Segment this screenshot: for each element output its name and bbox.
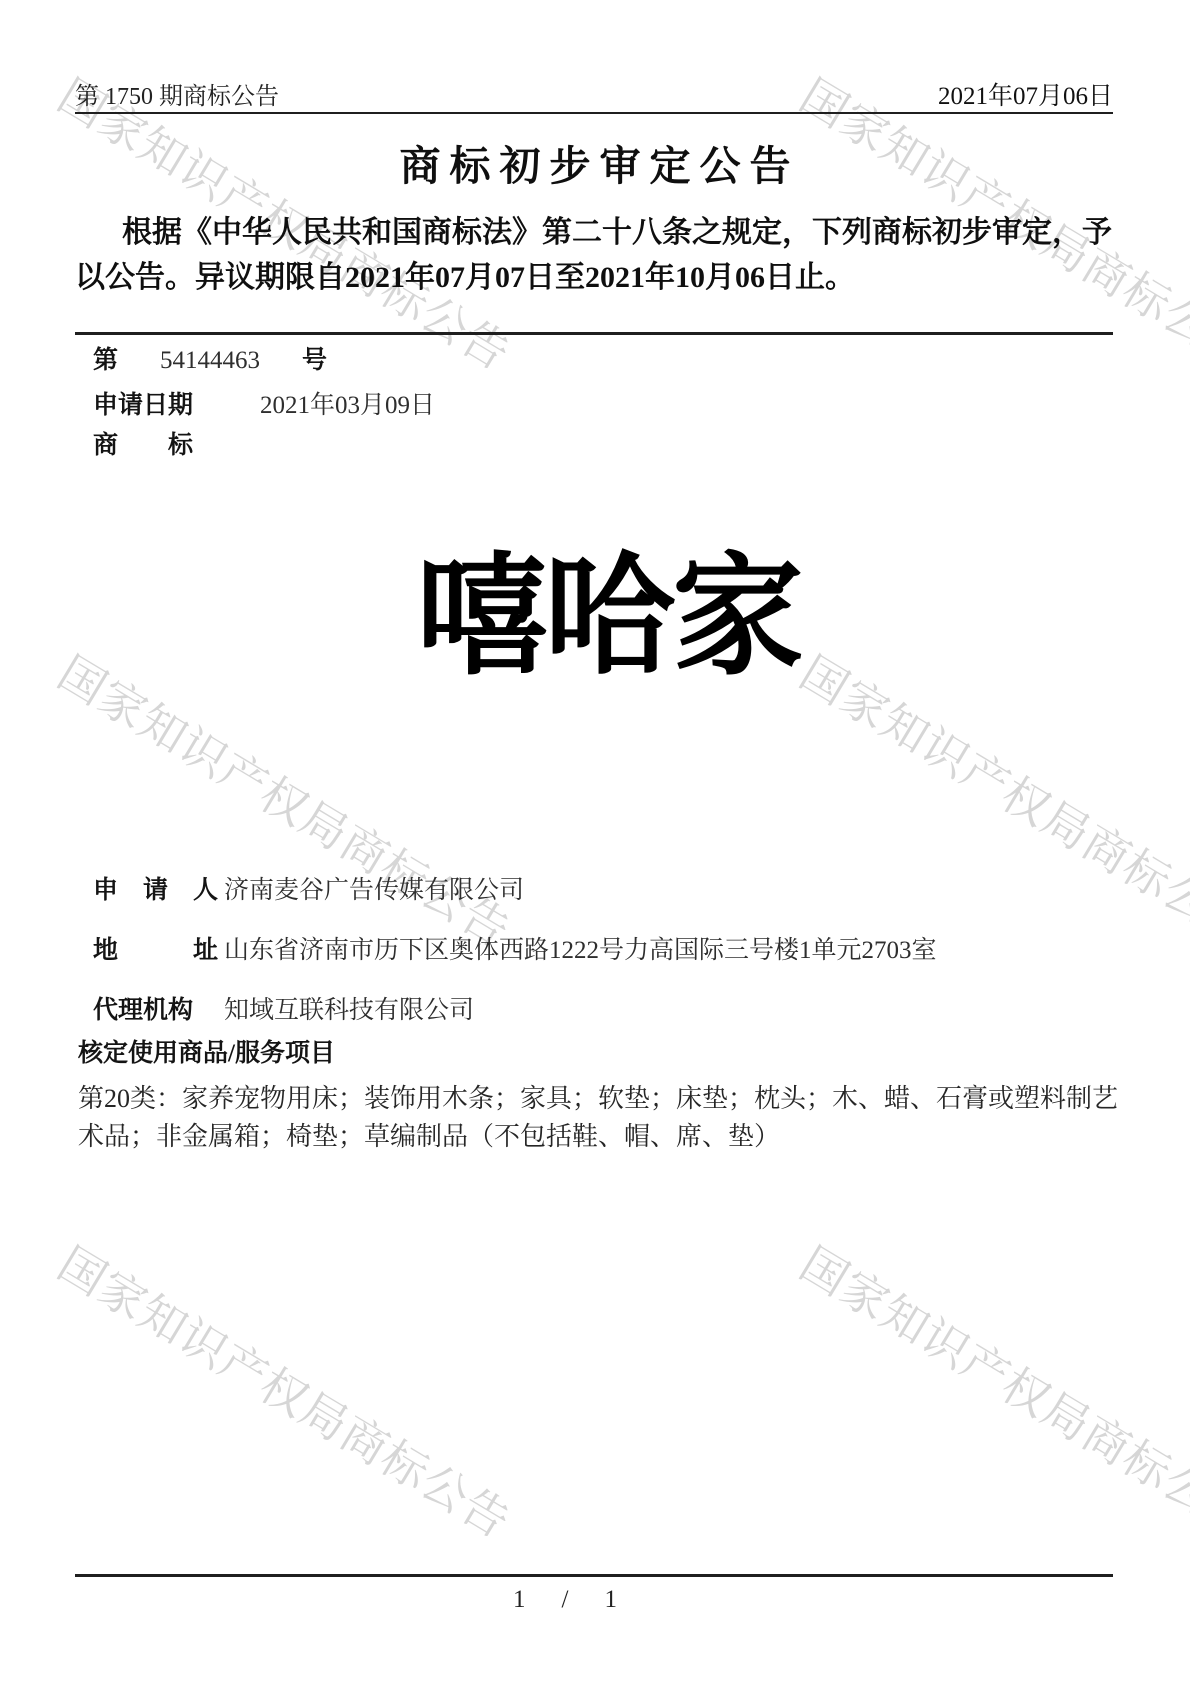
applicant-name: 济南麦谷广告传媒有限公司 [224, 877, 524, 904]
gazette-date: 2021年07月06日 [938, 76, 1113, 112]
intro-paragraph: 根据《中华人民共和国商标法》第二十八条之规定，下列商标初步审定，予以公告。异议期… [75, 210, 1115, 300]
page-number: 1 / 1 [0, 1586, 1160, 1614]
section-divider [75, 332, 1113, 335]
number-prefix-label: 第 [93, 347, 118, 374]
applicant-label: 申 请 人 [93, 876, 220, 906]
page-separator: / [562, 1586, 569, 1614]
address-label: 地 址 [93, 936, 220, 966]
address-row: 地 址 山东省济南市历下区奥体西路1222号力高国际三号楼1单元2703室 [93, 936, 937, 969]
current-page: 1 [513, 1586, 526, 1614]
application-number: 54144463 [160, 347, 260, 374]
page-title: 商标初步审定公告 [0, 133, 1190, 192]
watermark-text: 国家知识产权局商标公告 [789, 638, 1190, 961]
application-date-label: 申请日期 [93, 392, 193, 419]
agency-row: 代理机构 知域互联科技有限公司 [93, 996, 474, 1029]
trademark-text: 嘻哈家 [0, 550, 1190, 685]
number-suffix-label: 号 [302, 347, 327, 374]
trademark-label-row: 商 标 [93, 432, 193, 463]
watermark-text: 国家知识产权局商标公告 [47, 1229, 524, 1552]
agency-name: 知域互联科技有限公司 [224, 997, 474, 1024]
header-divider [75, 112, 1113, 114]
applicant-address: 山东省济南市历下区奥体西路1222号力高国际三号楼1单元2703室 [224, 937, 937, 964]
goods-list: 第20类：家养宠物用床；装饰用木条；家具；软垫；床垫；枕头；木、蜡、石膏或塑料制… [78, 1080, 1134, 1156]
goods-section-header: 核定使用商品/服务项目 [78, 1033, 335, 1069]
gazette-issue-label: 第 1750 期商标公告 [75, 76, 279, 111]
total-pages: 1 [604, 1586, 617, 1614]
watermark-text: 国家知识产权局商标公告 [789, 1229, 1190, 1552]
application-date: 2021年03月09日 [260, 392, 435, 419]
trademark-label: 商 标 [93, 432, 193, 459]
document-page: 国家知识产权局商标公告 国家知识产权局商标公告 国家知识产权局商标公告 国家知识… [0, 0, 1190, 1684]
applicant-row: 申 请 人 济南麦谷广告传媒有限公司 [93, 876, 524, 909]
application-number-row: 第 54144463 号 [93, 347, 327, 378]
application-date-row: 申请日期 2021年03月09日 [93, 392, 435, 423]
footer-divider [75, 1574, 1113, 1577]
agency-label: 代理机构 [93, 996, 220, 1026]
